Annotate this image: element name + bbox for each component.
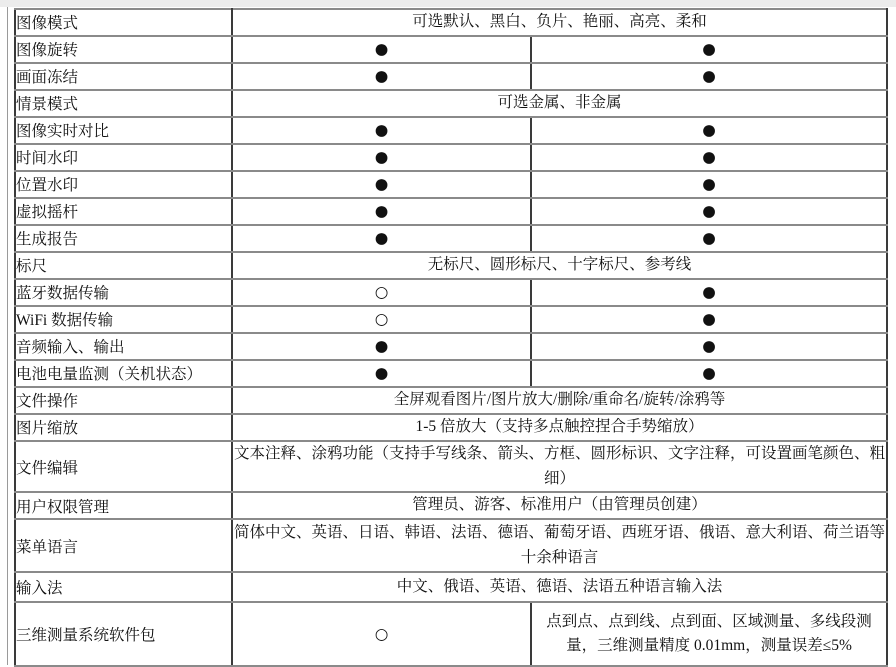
support-mark: ● — [531, 117, 887, 144]
merged-value: 1-5 倍放大（支持多点触控捏合手势缩放） — [232, 414, 887, 441]
support-mark: ○ — [232, 306, 531, 333]
merged-value: 中文、俄语、英语、德语、法语五种语言输入法 — [232, 572, 887, 602]
support-mark: ● — [531, 171, 887, 198]
row-label: 图像旋转 — [15, 36, 232, 63]
merged-value: 文本注释、涂鸦功能（支持手写线条、箭头、方框、圆形标识、文字注释，可设置画笔颜色… — [232, 441, 887, 493]
table-row: 图片缩放 1-5 倍放大（支持多点触控捏合手势缩放） — [15, 414, 887, 441]
row-label: 标尺 — [15, 252, 232, 279]
support-mark: ● — [232, 144, 531, 171]
row-label: 文件编辑 — [15, 441, 232, 493]
merged-value: 简体中文、英语、日语、韩语、法语、德语、葡萄牙语、西班牙语、俄语、意大利语、荷兰… — [232, 519, 887, 572]
table-row: 文件操作 全屏观看图片/图片放大/删除/重命名/旋转/涂鸦等 — [15, 387, 887, 414]
support-mark: ● — [232, 171, 531, 198]
row-label: 蓝牙数据传输 — [15, 279, 232, 306]
row-label: 画面冻结 — [15, 63, 232, 90]
support-mark: ● — [531, 333, 887, 360]
table-row: 情景模式 可选金属、非金属 — [15, 90, 887, 117]
row-label: 情景模式 — [15, 90, 232, 117]
row-label: 图像模式 — [15, 9, 232, 36]
merged-value: 无标尺、圆形标尺、十字标尺、参考线 — [232, 252, 887, 279]
row-label: 位置水印 — [15, 171, 232, 198]
support-mark: ● — [531, 306, 887, 333]
table-row: 蓝牙数据传输 ○ ● — [15, 279, 887, 306]
support-mark: ● — [531, 360, 887, 387]
merged-value: 可选金属、非金属 — [232, 90, 887, 117]
table-row: 生成报告 ● ● — [15, 225, 887, 252]
table-row: 虚拟摇杆 ● ● — [15, 198, 887, 225]
table-row: 标尺 无标尺、圆形标尺、十字标尺、参考线 — [15, 252, 887, 279]
table-row: 位置水印 ● ● — [15, 171, 887, 198]
table-row: 音频输入、输出 ● ● — [15, 333, 887, 360]
merged-value: 全屏观看图片/图片放大/删除/重命名/旋转/涂鸦等 — [232, 387, 887, 414]
spec-table: 图像模式 可选默认、黑白、负片、艳丽、高亮、柔和 图像旋转 ● ● 画面冻结 ●… — [14, 8, 888, 665]
support-mark: ● — [531, 36, 887, 63]
support-mark: ○ — [232, 279, 531, 306]
measurement-detail: 点到点、点到线、点到面、区域测量、多线段测量，三维测量精度 0.01mm，测量误… — [531, 602, 887, 665]
table-row: 画面冻结 ● ● — [15, 63, 887, 90]
table-row: WiFi 数据传输 ○ ● — [15, 306, 887, 333]
table-row: 文件编辑 文本注释、涂鸦功能（支持手写线条、箭头、方框、圆形标识、文字注释，可设… — [15, 441, 887, 493]
support-mark: ● — [531, 225, 887, 252]
table-row: 图像旋转 ● ● — [15, 36, 887, 63]
table-row: 用户权限管理 管理员、游客、标准用户（由管理员创建） — [15, 492, 887, 519]
table-row: 输入法 中文、俄语、英语、德语、法语五种语言输入法 — [15, 572, 887, 602]
row-label: 虚拟摇杆 — [15, 198, 232, 225]
page-edge-line — [7, 7, 8, 665]
spec-table-container: 图像模式 可选默认、黑白、负片、艳丽、高亮、柔和 图像旋转 ● ● 画面冻结 ●… — [14, 8, 888, 665]
support-mark: ● — [232, 36, 531, 63]
row-label: WiFi 数据传输 — [15, 306, 232, 333]
row-label: 菜单语言 — [15, 519, 232, 572]
support-mark: ● — [232, 117, 531, 144]
page-top-gap — [0, 0, 896, 7]
row-label: 时间水印 — [15, 144, 232, 171]
support-mark: ○ — [232, 602, 531, 665]
row-label: 文件操作 — [15, 387, 232, 414]
support-mark: ● — [232, 333, 531, 360]
support-mark: ● — [531, 63, 887, 90]
row-label: 输入法 — [15, 572, 232, 602]
table-row: 图像实时对比 ● ● — [15, 117, 887, 144]
table-row: 菜单语言 简体中文、英语、日语、韩语、法语、德语、葡萄牙语、西班牙语、俄语、意大… — [15, 519, 887, 572]
support-mark: ● — [531, 198, 887, 225]
table-row: 时间水印 ● ● — [15, 144, 887, 171]
row-label: 用户权限管理 — [15, 492, 232, 519]
row-label: 图像实时对比 — [15, 117, 232, 144]
table-row: 电池电量监测（关机状态） ● ● — [15, 360, 887, 387]
merged-value: 可选默认、黑白、负片、艳丽、高亮、柔和 — [232, 9, 887, 36]
support-mark: ● — [531, 144, 887, 171]
support-mark: ● — [232, 225, 531, 252]
row-label: 生成报告 — [15, 225, 232, 252]
support-mark: ● — [232, 63, 531, 90]
merged-value: 管理员、游客、标准用户（由管理员创建） — [232, 492, 887, 519]
table-row: 三维测量系统软件包 ○ 点到点、点到线、点到面、区域测量、多线段测量，三维测量精… — [15, 602, 887, 665]
table-row: 图像模式 可选默认、黑白、负片、艳丽、高亮、柔和 — [15, 9, 887, 36]
support-mark: ● — [232, 360, 531, 387]
support-mark: ● — [232, 198, 531, 225]
row-label: 电池电量监测（关机状态） — [15, 360, 232, 387]
row-label: 音频输入、输出 — [15, 333, 232, 360]
row-label: 图片缩放 — [15, 414, 232, 441]
row-label: 三维测量系统软件包 — [15, 602, 232, 665]
support-mark: ● — [531, 279, 887, 306]
